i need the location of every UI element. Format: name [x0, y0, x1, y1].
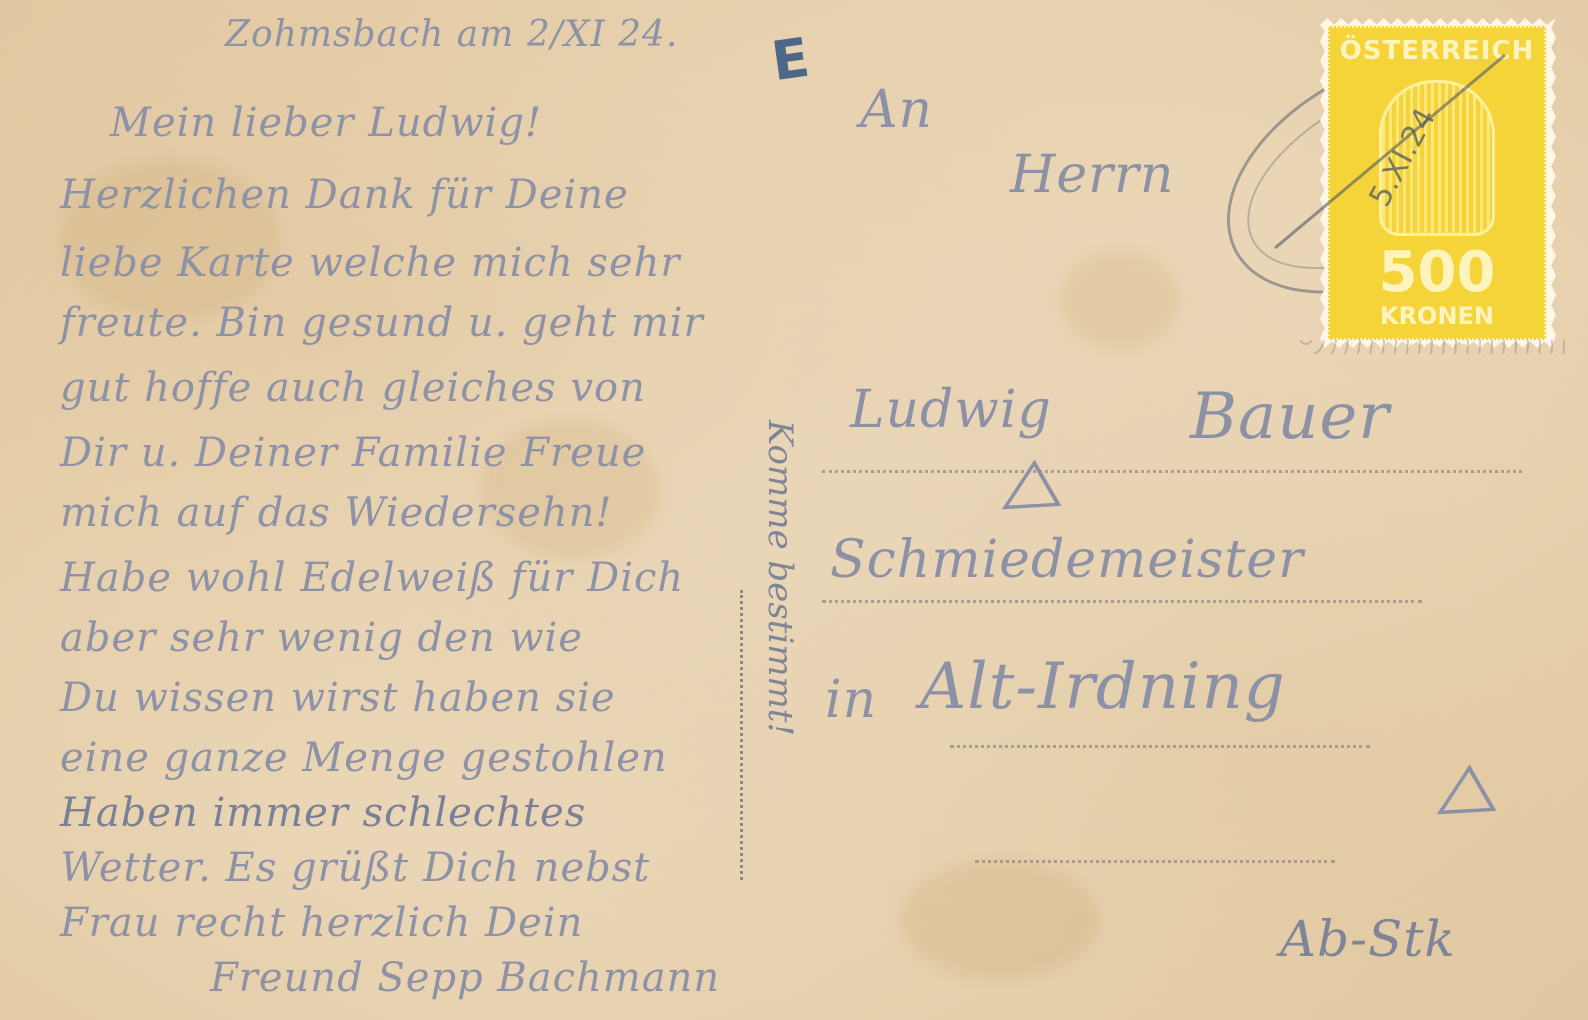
greeting: Mein lieber Ludwig!	[110, 100, 542, 146]
address-first-name: Ludwig	[850, 380, 1052, 440]
stamp-country: ÖSTERREICH	[1330, 36, 1544, 66]
message-line: Herzlichen Dank für Deine	[60, 172, 629, 218]
message-line: Frau recht herzlich Dein	[60, 900, 583, 946]
postal-note: Ab-Stk	[1280, 910, 1456, 968]
pencil-mark-icon: ◁	[978, 442, 1066, 540]
signature: Freund Sepp Bachmann	[210, 955, 720, 1001]
message-line: Du wissen wirst haben sie	[60, 675, 616, 721]
center-divider	[740, 590, 743, 880]
postcard: Zohmsbach am 2/XI 24. E Mein lieber Ludw…	[0, 0, 1588, 1020]
stamp-value: 500	[1330, 240, 1544, 305]
margin-note: Komme bestimmt!	[760, 420, 800, 736]
message-line: eine ganze Menge gestohlen	[60, 735, 668, 781]
postage-stamp: ÖSTERREICH 500 KRONEN W.DACHAUER	[1320, 18, 1556, 348]
message-line: Habe wohl Edelweiß für Dich	[60, 555, 684, 601]
address-rule	[975, 860, 1335, 863]
address-salutation: An	[860, 80, 933, 140]
stamp-face: ÖSTERREICH 500 KRONEN W.DACHAUER	[1328, 26, 1546, 340]
paper-stain	[900, 860, 1100, 980]
address-rule	[950, 745, 1370, 748]
address-title: Herrn	[1010, 145, 1174, 205]
address-rule	[822, 600, 1422, 603]
message-line: aber sehr wenig den wie	[60, 615, 583, 661]
message-line: mich auf das Wiedersehn!	[60, 490, 613, 536]
message-line: Haben immer schlechtes	[60, 790, 586, 836]
stamp-currency: KRONEN	[1330, 302, 1544, 330]
address-last-name: Bauer	[1190, 380, 1390, 454]
message-line: Dir u. Deiner Familie Freue	[60, 430, 646, 476]
date-line: Zohmsbach am 2/XI 24.	[225, 14, 678, 55]
message-line: freute. Bin gesund u. geht mir	[60, 300, 704, 346]
address-place: Alt-Irdning	[920, 650, 1286, 724]
address-occupation: Schmiedemeister	[830, 530, 1304, 590]
address-place-prefix: in	[825, 670, 877, 730]
message-line: Wetter. Es grüßt Dich nebst	[60, 845, 650, 891]
wavy-cancellation	[1300, 340, 1570, 354]
pencil-mark-icon: ◁	[1413, 747, 1501, 845]
ink-mark: E	[768, 26, 813, 94]
paper-stain	[1060, 250, 1180, 350]
address-rule	[822, 470, 1522, 473]
message-line: gut hoffe auch gleiches von	[60, 365, 646, 411]
message-line: liebe Karte welche mich sehr	[60, 240, 681, 286]
